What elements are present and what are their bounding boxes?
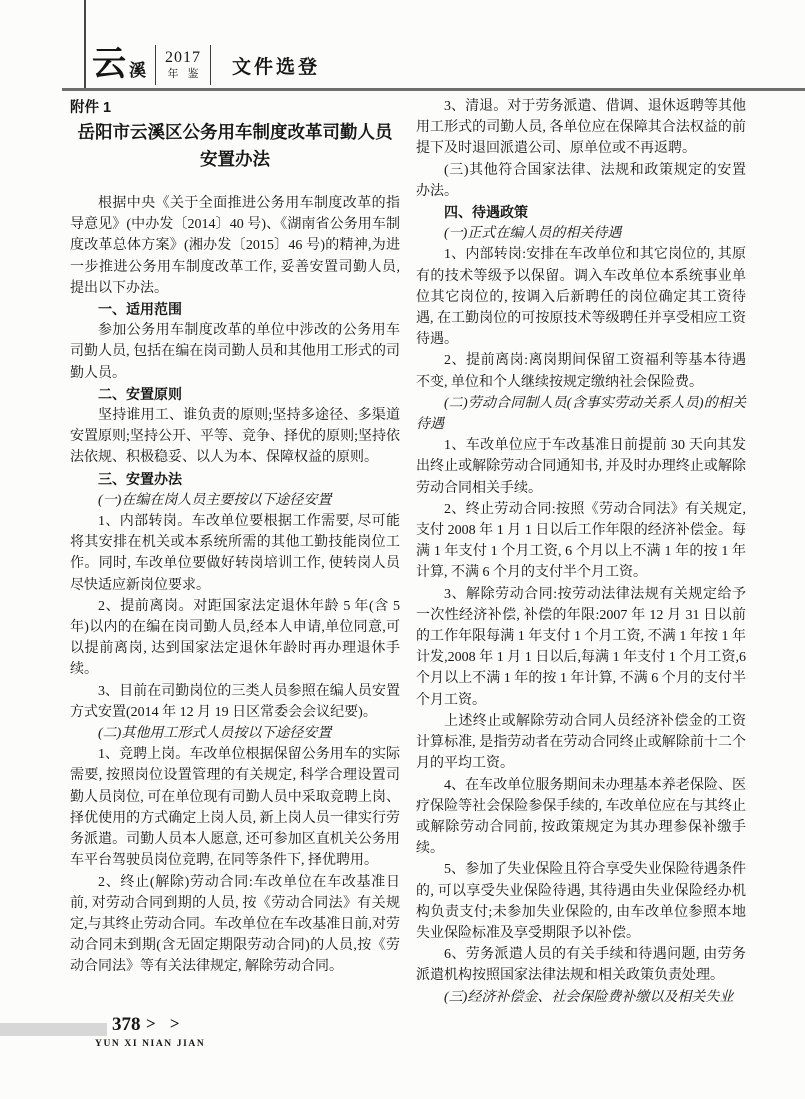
right-column: 3、清退。对于劳务派遣、借调、退休返聘等其他用工形式的司勤人员, 各单位应在保障… <box>416 96 746 1008</box>
year-value: 2017 <box>165 49 201 67</box>
yearbook-label: 年鉴 <box>168 67 208 81</box>
page-number: 378 <box>112 1014 141 1036</box>
sub-heading: (二)劳动合同制人员(含事实劳动关系人员)的相关待遇 <box>416 393 746 435</box>
paragraph: 5、参加了失业保险且符合享受失业保险待遇条件的, 可以享受失业保险待遇, 其待遇… <box>416 859 746 944</box>
paragraph: 4、在车改单位服务期间未办理基本养老保险、医疗保险等社会保险参保手续的, 车改单… <box>416 775 746 860</box>
paragraph: 1、内部转岗。车改单位要根据工作需要, 尽可能将其安排在机关或本系统所需的其他工… <box>70 511 400 596</box>
paragraph: 根据中央《关于全面推进公务用车制度改革的指导意见》(中办发〔2014〕40 号)… <box>70 193 400 299</box>
paragraph: 2、终止(解除)劳动合同:车改单位在车改基准日前, 对劳动合同到期的人员, 按《… <box>70 872 400 978</box>
paragraph: 坚持谁用工、谁负责的原则;坚持多途径、多渠道安置原则;坚持公开、平等、竞争、择优… <box>70 405 400 469</box>
paragraph: 1、竞聘上岗。车改单位根据保留公务用车的实际需要, 按照岗位设置管理的有关规定,… <box>70 744 400 871</box>
paragraph: 上述终止或解除劳动合同人员经济补偿金的工资计算标准, 是指劳动者在劳动合同终止或… <box>416 711 746 775</box>
masthead: 云 溪 2017 年鉴 文件选登 <box>92 42 320 88</box>
left-column-body: 根据中央《关于全面推进公务用车制度改革的指导意见》(中办发〔2014〕40 号)… <box>70 193 400 978</box>
corner-rule <box>84 0 86 88</box>
paragraph: 6、劳务派遣人员的有关手续和待遇问题, 由劳务派遣机构按照国家法律法规和相关政策… <box>416 944 746 986</box>
sub-heading: (一)正式在编人员的相关待遇 <box>416 223 746 244</box>
paragraph: (三)其他符合国家法律、法规和政策规定的安置办法。 <box>416 160 746 202</box>
left-column: 附件 1 岳阳市云溪区公务用车制度改革司勤人员 安置办法 根据中央《关于全面推进… <box>70 98 400 978</box>
brand-mark: 云 溪 <box>92 48 146 82</box>
header-rule <box>62 88 805 91</box>
masthead-divider <box>155 45 156 85</box>
paragraph: 3、清退。对于劳务派遣、借调、退休返聘等其他用工形式的司勤人员, 各单位应在保障… <box>416 96 746 160</box>
footer-arrows-icon: > > <box>146 1014 185 1034</box>
document-title: 岳阳市云溪区公务用车制度改革司勤人员 安置办法 <box>70 119 400 173</box>
paragraph: 2、提前离岗。对距国家法定退休年龄 5 年(含 5 年)以内的在编在岗司勤人员,… <box>70 596 400 681</box>
sub-heading: (三)经济补偿金、社会保险费补缴以及相关失业 <box>416 987 746 1008</box>
section-title: 文件选登 <box>232 52 320 79</box>
section-heading: 三、安置办法 <box>70 469 400 490</box>
page: { "header": { "brand_large": "云", "brand… <box>0 0 805 1099</box>
title-line-1: 岳阳市云溪区公务用车制度改革司勤人员 <box>70 119 400 146</box>
section-heading: 一、适用范围 <box>70 299 400 320</box>
yearbook-char-top: 年 <box>168 68 188 80</box>
right-column-body: 3、清退。对于劳务派遣、借调、退休返聘等其他用工形式的司勤人员, 各单位应在保障… <box>416 96 746 1008</box>
year-block: 2017 年鉴 <box>165 49 201 81</box>
section-heading: 四、待遇政策 <box>416 202 746 223</box>
paragraph: 参加公务用车制度改革的单位中涉改的公务用车司勤人员, 包括在编在岗司勤人员和其他… <box>70 320 400 384</box>
attachment-label: 附件 1 <box>70 98 400 119</box>
brand-char-large: 云 <box>92 48 126 82</box>
paragraph: 1、内部转岗:安排在车改单位和其它岗位的, 其原有的技术等级予以保留。调入车改单… <box>416 244 746 350</box>
sub-heading: (一)在编在岗人员主要按以下途径安置 <box>70 490 400 511</box>
brand-char-small: 溪 <box>129 62 146 79</box>
yearbook-char-bottom: 鉴 <box>188 68 208 80</box>
footer-pinyin: YUN XI NIAN JIAN <box>95 1039 205 1049</box>
paragraph: 2、提前离岗:离岗期间保留工资福利等基本待遇不变, 单位和个人继续按规定缴纳社会… <box>416 350 746 392</box>
paragraph: 3、目前在司勤岗位的三类人员参照在编人员安置方式安置(2014 年 12 月 1… <box>70 681 400 723</box>
sub-heading: (二)其他用工形式人员按以下途径安置 <box>70 723 400 744</box>
title-line-2: 安置办法 <box>70 146 400 173</box>
paragraph: 2、终止劳动合同:按照《劳动合同法》有关规定,支付 2008 年 1 月 1 日… <box>416 499 746 584</box>
paragraph: 1、车改单位应于车改基准日前提前 30 天向其发出终止或解除劳动合同通知书, 并… <box>416 435 746 499</box>
masthead-divider <box>210 45 211 85</box>
section-heading: 二、安置原则 <box>70 384 400 405</box>
paragraph: 3、解除劳动合同:按劳动法律法规有关规定给予一次性经济补偿, 补偿的年限:200… <box>416 584 746 711</box>
footer-bar <box>0 1023 107 1036</box>
